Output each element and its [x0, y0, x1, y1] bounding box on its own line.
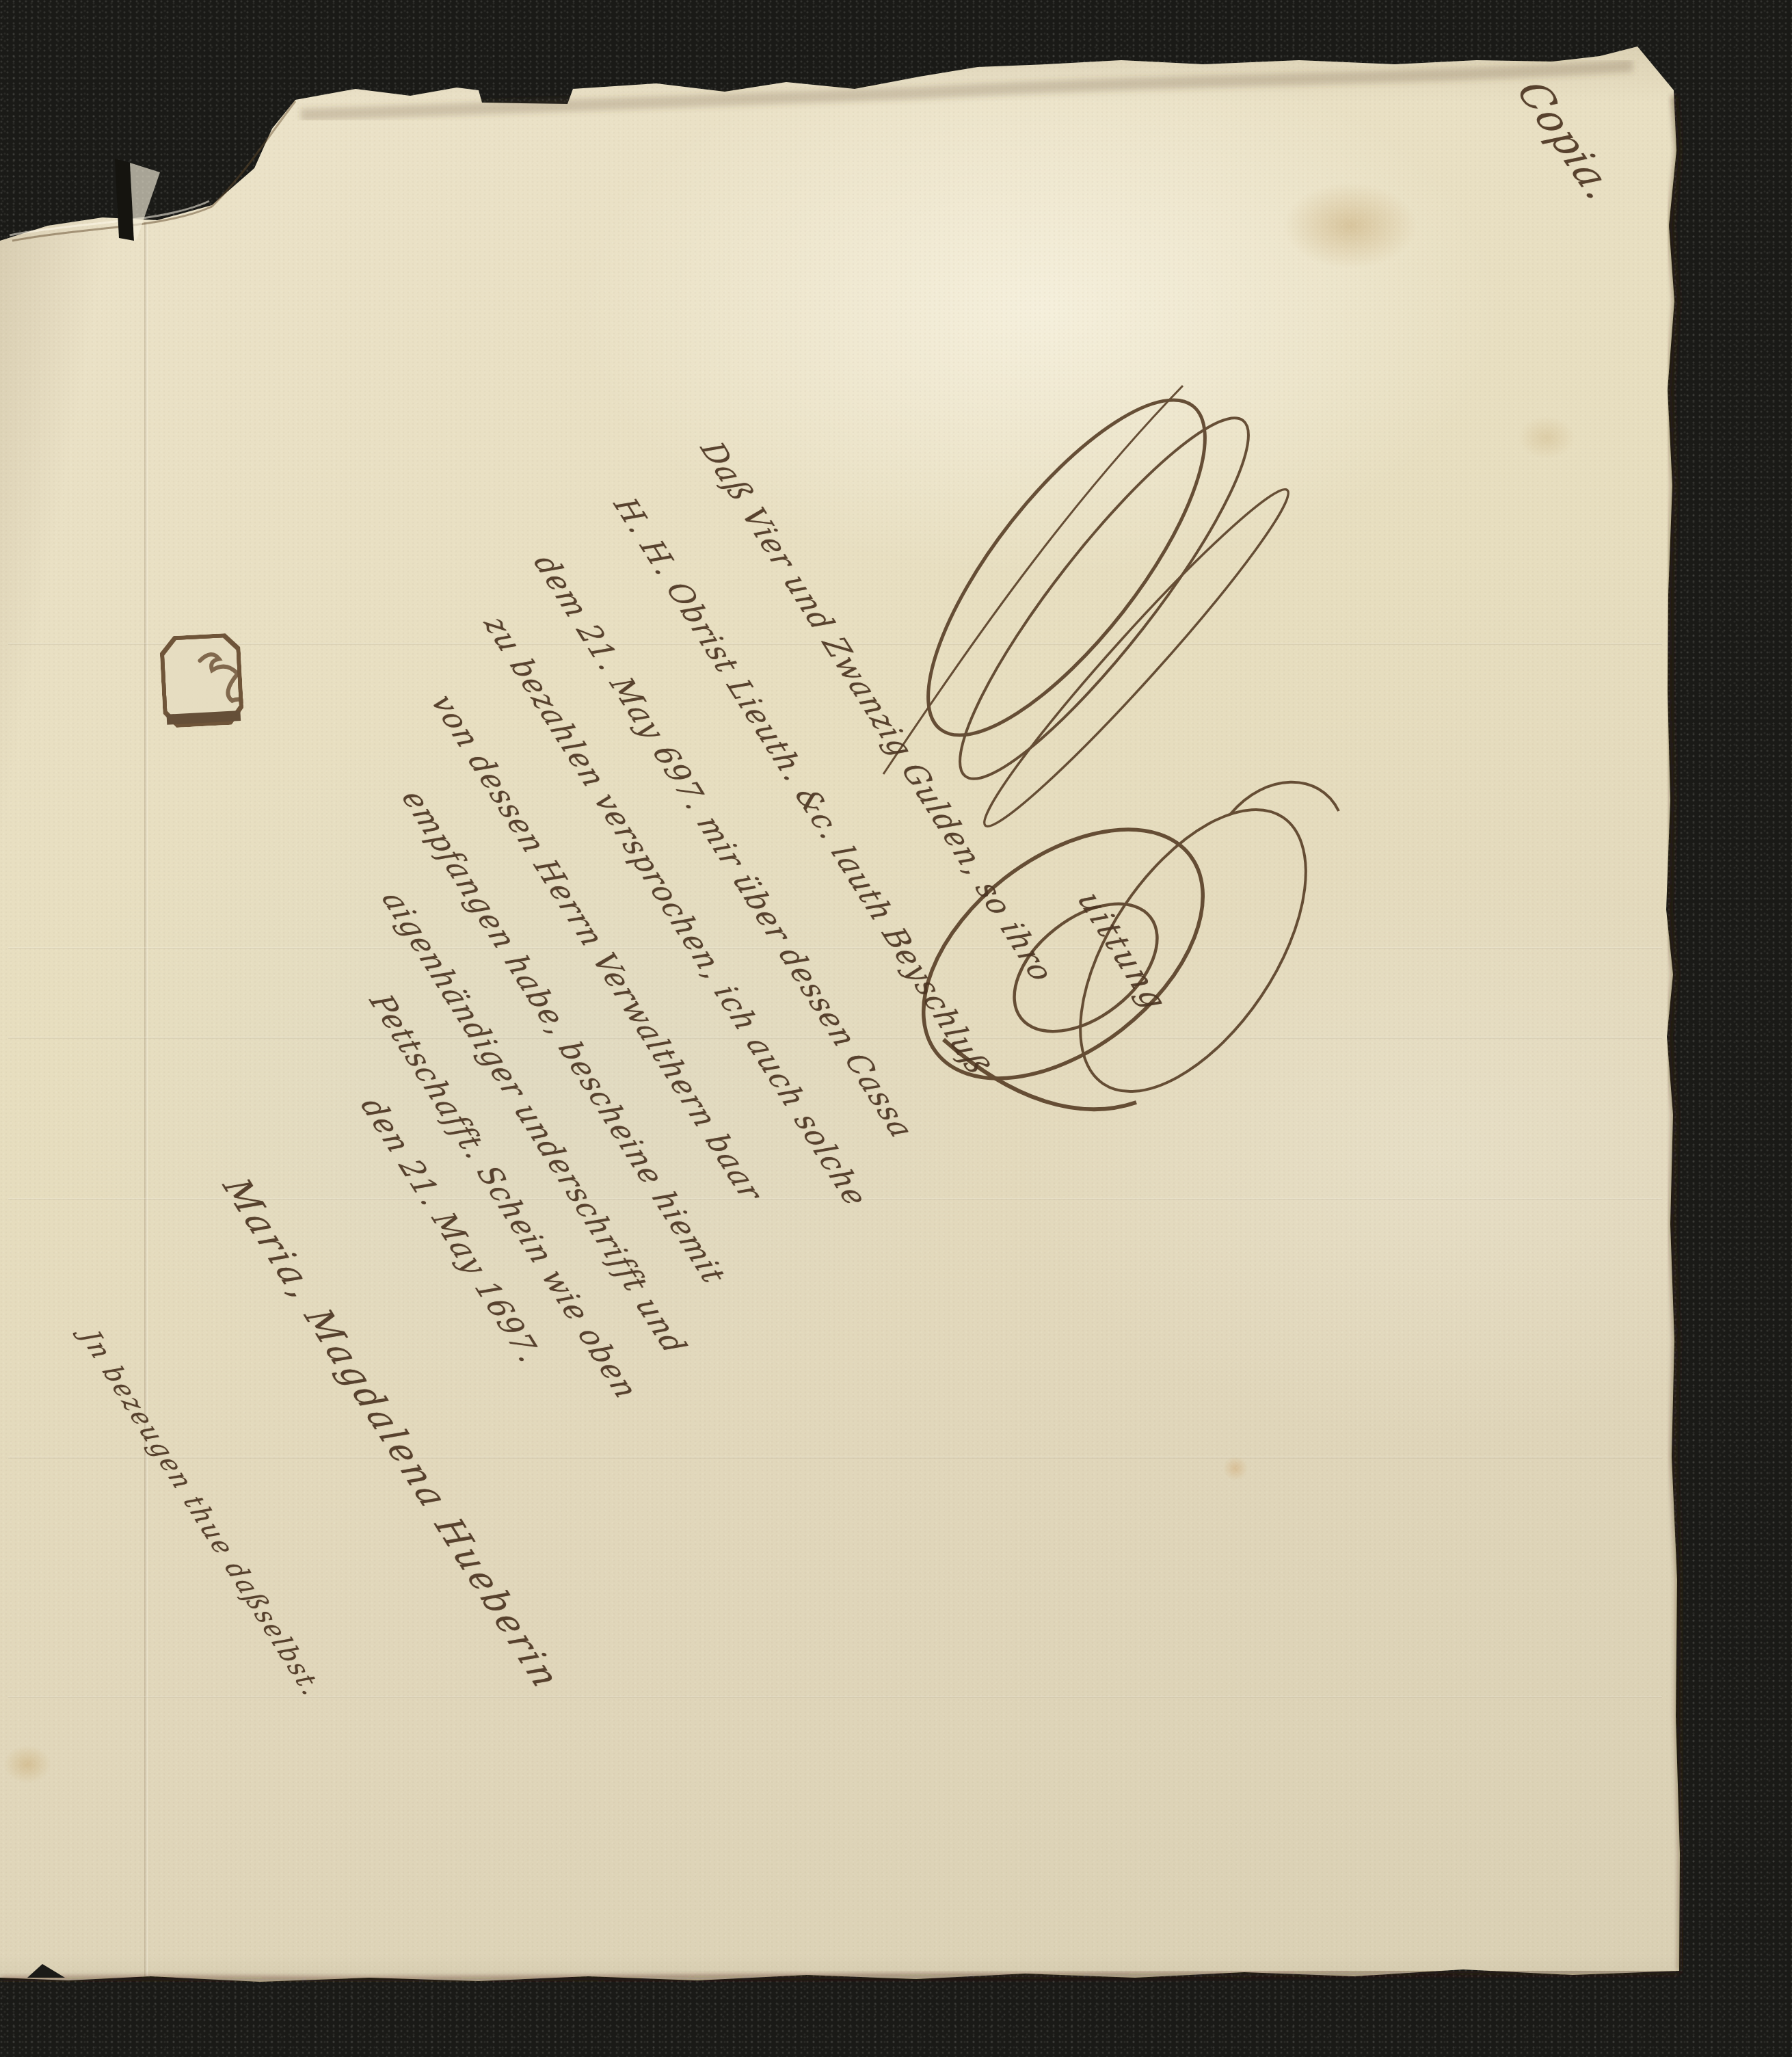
copia-annotation: Copia. [1507, 75, 1627, 207]
photo-of-manuscript: Copia.uittungDaß Vier und Zwanzig Gulden… [0, 0, 1792, 2057]
handwriting-layer: Copia.uittungDaß Vier und Zwanzig Gulden… [0, 0, 1792, 2057]
signature-line: Jn bezeugen thue daßselbst. [74, 1327, 330, 1701]
title-word: uittung [1069, 888, 1177, 1016]
